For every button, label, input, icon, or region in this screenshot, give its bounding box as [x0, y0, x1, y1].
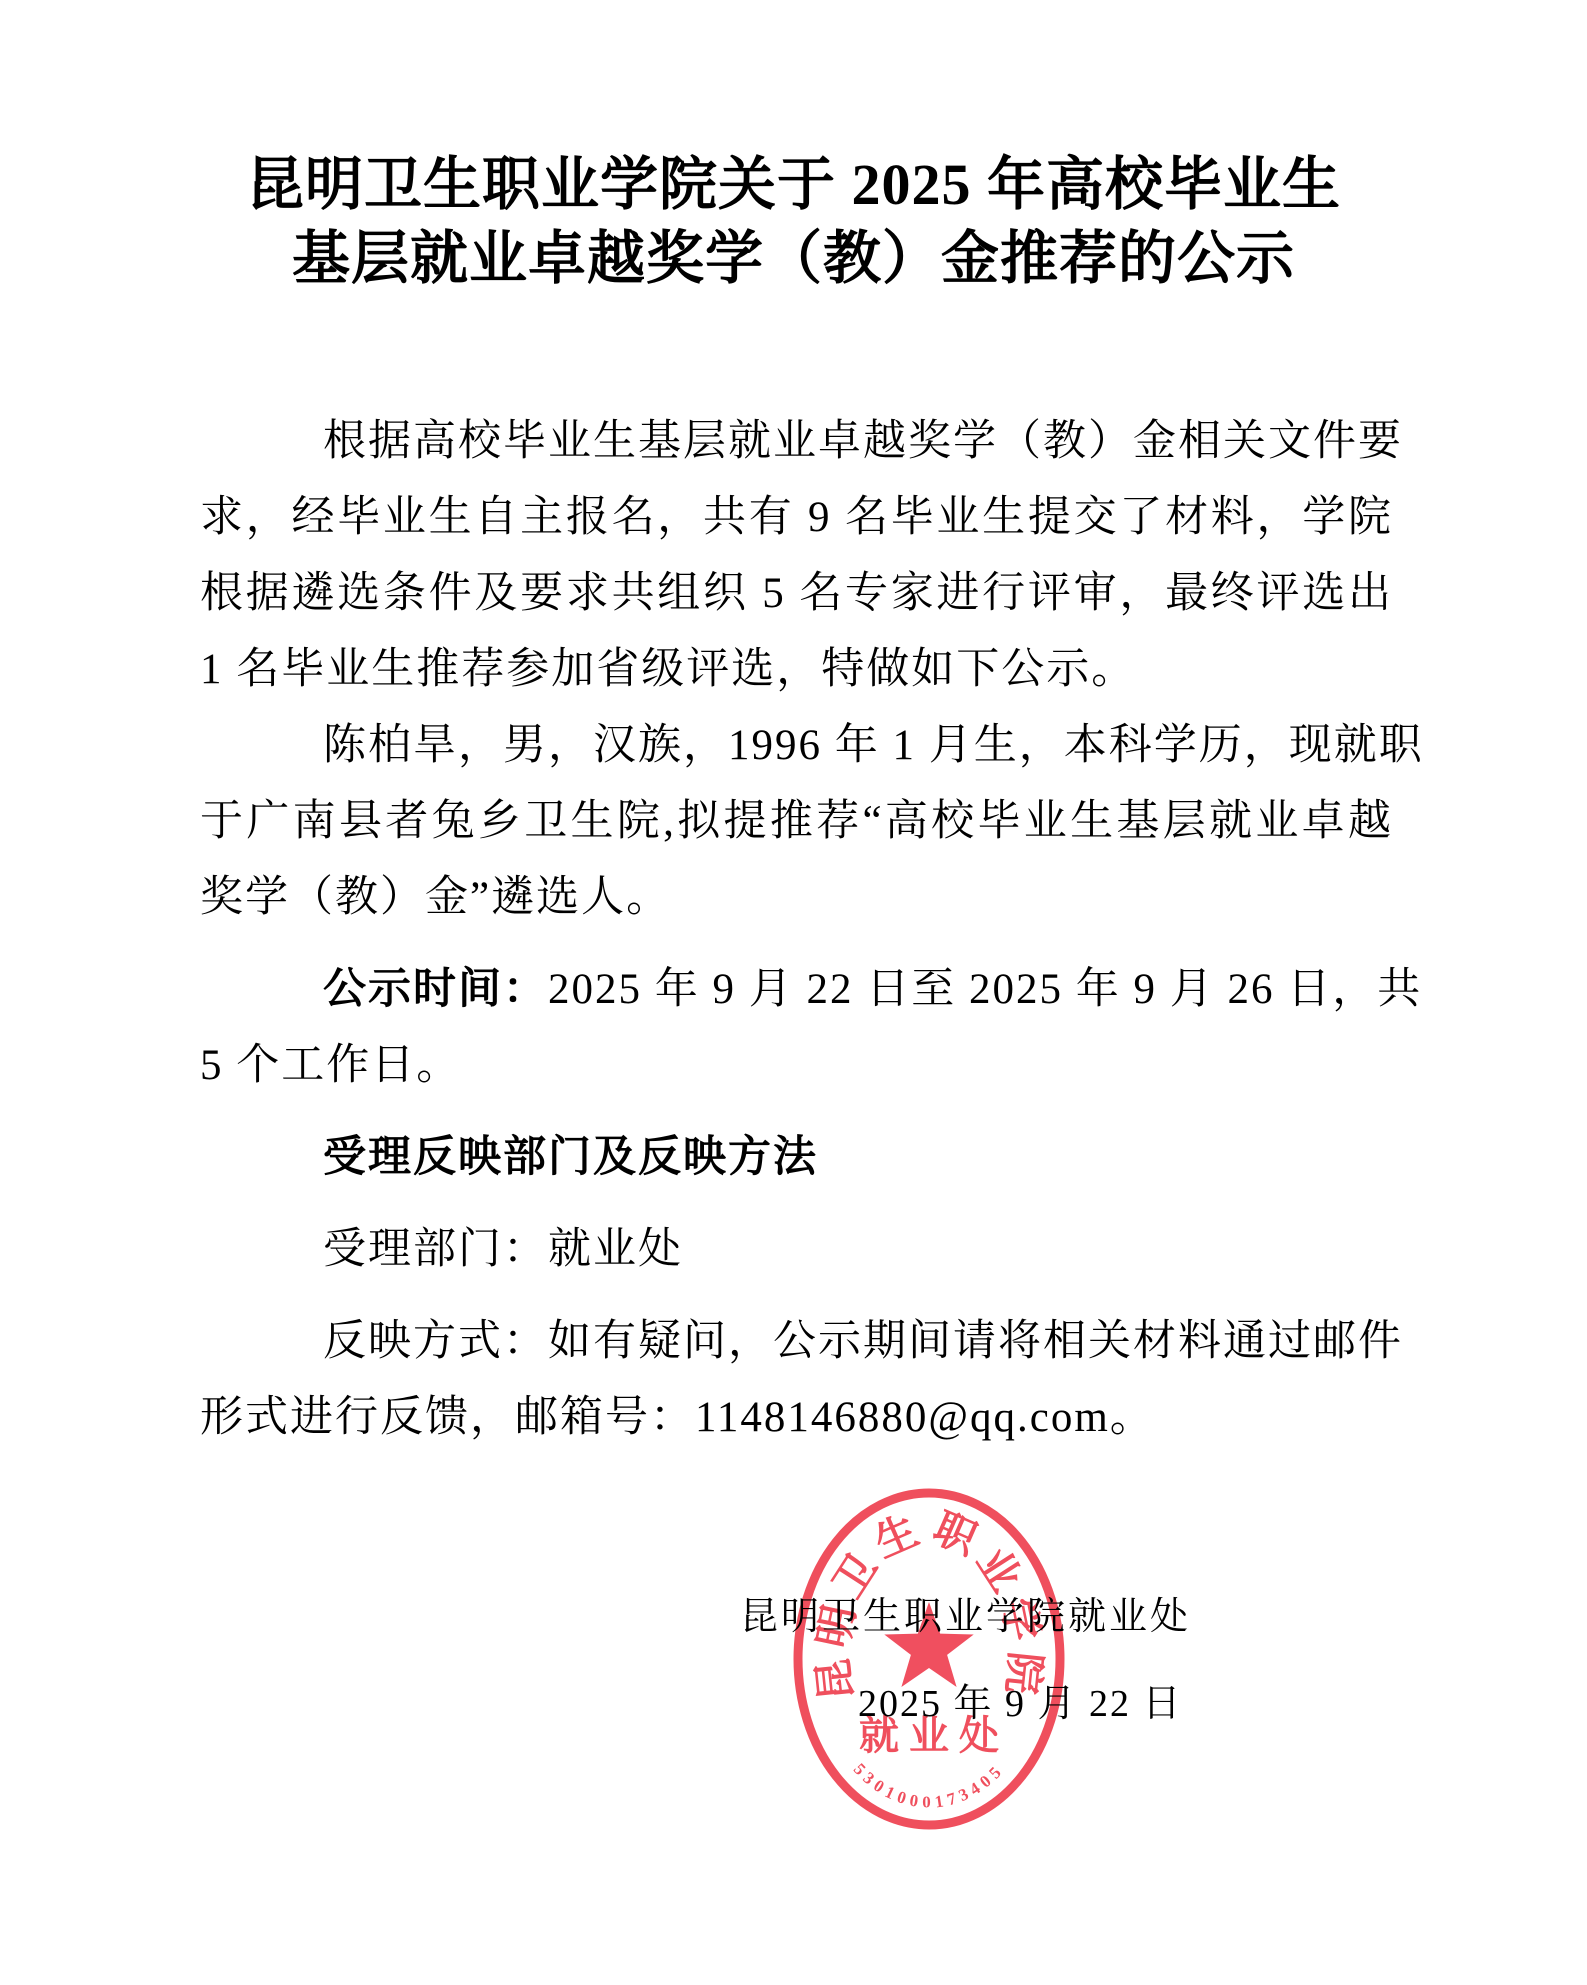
paragraph-intro-line-2: 求，经毕业生自主报名，共有 9 名毕业生提交了材料，学院	[200, 480, 1393, 556]
paragraph-candidate-line-1: 陈柏旱，男，汉族，1996 年 1 月生，本科学历，现就职	[200, 708, 1393, 784]
publicity-period-label: 公示时间：	[323, 966, 548, 1013]
seal-center-text: 就业处	[859, 1713, 1009, 1758]
paragraph-intro-line-4: 1 名毕业生推荐参加省级评选，特做如下公示。	[200, 632, 1393, 708]
document-title-line-1: 昆明卫生职业学院关于 2025 年高校毕业生	[0, 148, 1587, 222]
seal-serial-number: 5301000173405	[850, 1759, 1008, 1811]
paragraph-publicity-period-line-1: 公示时间：2025 年 9 月 22 日至 2025 年 9 月 26 日，共	[200, 952, 1393, 1028]
document-title-line-2: 基层就业卓越奖学（教）金推荐的公示	[0, 222, 1587, 296]
paragraph-feedback-way-line-1: 反映方式：如有疑问，公示期间请将相关材料通过邮件	[200, 1304, 1393, 1380]
document-title: 昆明卫生职业学院关于 2025 年高校毕业生 基层就业卓越奖学（教）金推荐的公示	[0, 0, 1587, 296]
publicity-period-value: 2025 年 9 月 22 日至 2025 年 9 月 26 日，共	[548, 966, 1422, 1013]
document-body: 根据高校毕业生基层就业卓越奖学（教）金相关文件要 求，经毕业生自主报名，共有 9…	[0, 404, 1587, 1456]
paragraph-intro-line-1: 根据高校毕业生基层就业卓越奖学（教）金相关文件要	[200, 404, 1393, 480]
paragraph-publicity-period-line-2: 5 个工作日。	[200, 1028, 1393, 1104]
paragraph-intro-line-3: 根据遴选条件及要求共组织 5 名专家进行评审，最终评选出	[200, 556, 1393, 632]
section-heading-feedback-method: 受理反映部门及反映方法	[200, 1120, 1393, 1196]
seal-star-icon	[884, 1602, 973, 1687]
announcement-document-page: 昆明卫生职业学院关于 2025 年高校毕业生 基层就业卓越奖学（教）金推荐的公示…	[0, 0, 1587, 1985]
official-seal: 昆明卫生职业学院 就业处 5301000173405	[788, 1483, 1070, 1835]
paragraph-candidate-line-2: 于广南县者兔乡卫生院,拟提推荐“高校毕业生基层就业卓越	[200, 784, 1393, 860]
paragraph-accepting-department: 受理部门：就业处	[200, 1212, 1393, 1288]
paragraph-feedback-way-line-2: 形式进行反馈，邮箱号：1148146880@qq.com。	[200, 1380, 1393, 1456]
paragraph-candidate-line-3: 奖学（教）金”遴选人。	[200, 860, 1393, 936]
